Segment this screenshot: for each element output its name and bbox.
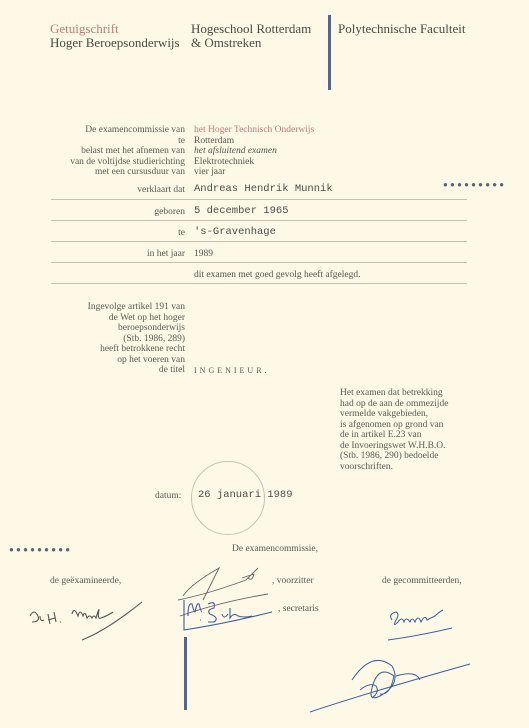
assessor-signature-1: [388, 610, 452, 640]
chair-signature: [178, 568, 268, 616]
secretary-signature: [184, 600, 272, 630]
handwritten-signatures: [0, 0, 529, 728]
footer-divider-bar: [184, 637, 187, 710]
assessor-signature-2: [310, 660, 470, 712]
examinee-signature: [30, 602, 142, 640]
